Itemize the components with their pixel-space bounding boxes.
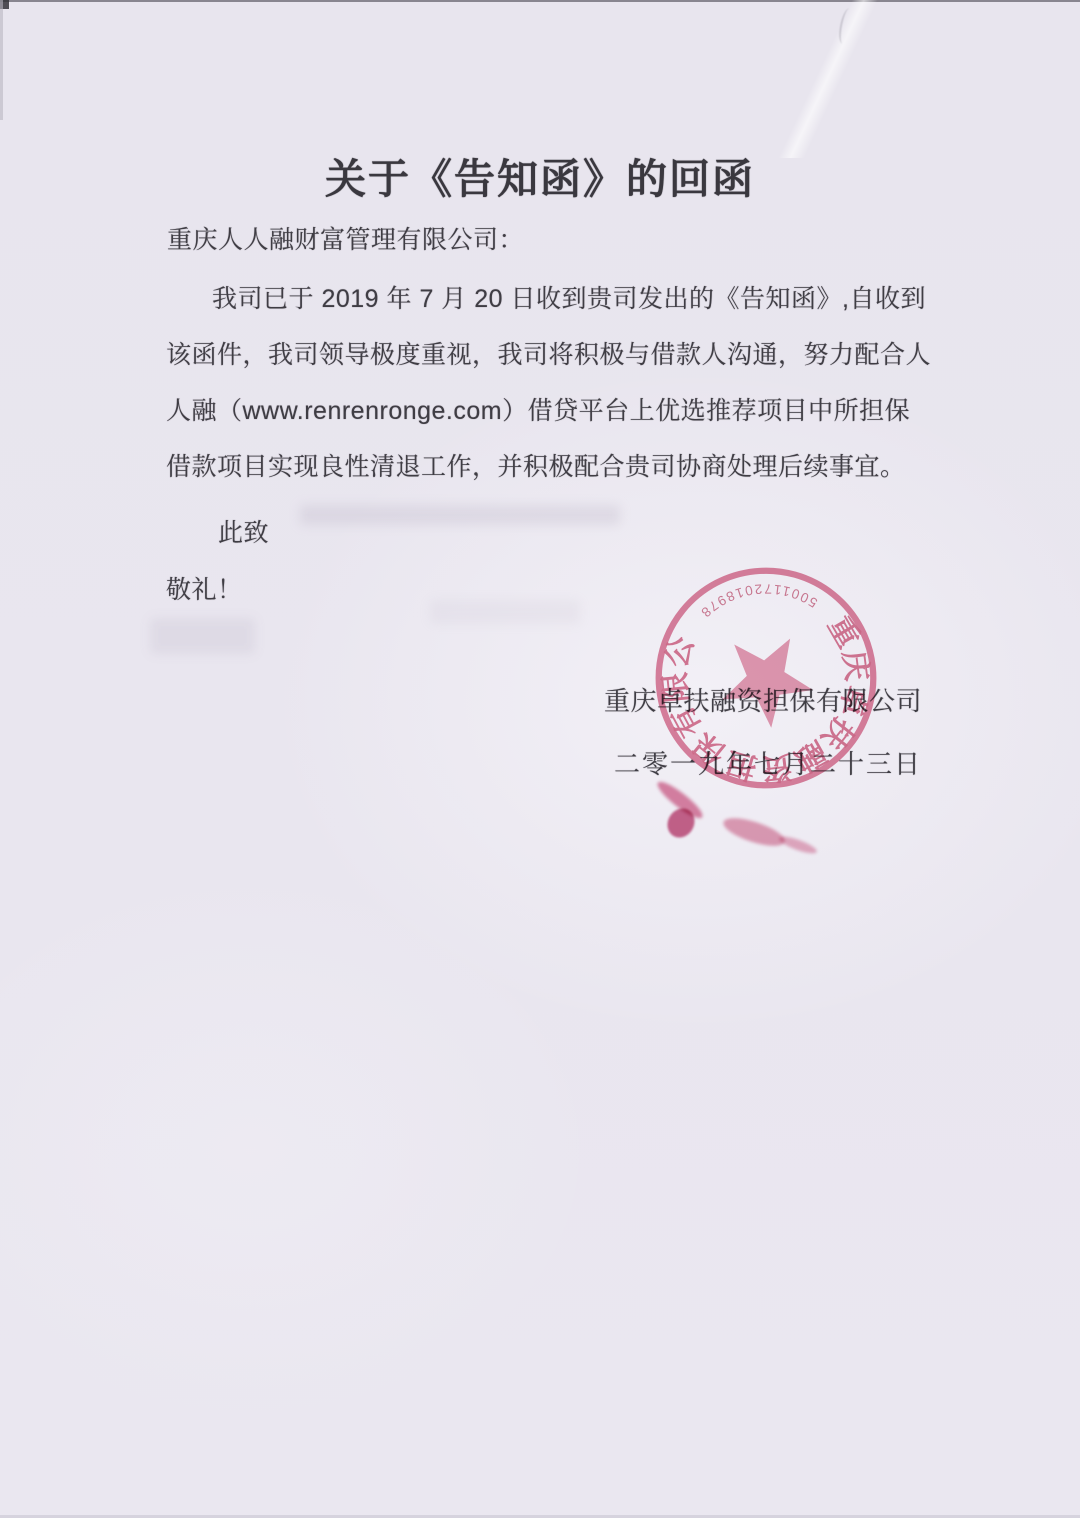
scanner-left-edge (0, 0, 3, 120)
scanner-top-edge (0, 0, 1080, 2)
pen-mark (838, 7, 855, 44)
bleed-through-text (300, 505, 620, 525)
paper-fold-crease (770, 0, 890, 158)
body-line-1: 我司已于 2019 年 7 月 20 日收到贵司发出的《告知函》,自收到 (166, 284, 1002, 315)
body-line-3: 人融（www.renrenronge.com）借贷平台上优选推荐项目中所担保 (166, 396, 956, 427)
recipient-line: 重庆人人融财富管理有限公司： (167, 220, 524, 256)
letter-title: 关于《告知函》的回函 (0, 146, 1080, 205)
star-icon (717, 637, 817, 733)
closing-salute: 此致 (218, 513, 269, 549)
scanned-letter-page: 关于《告知函》的回函 重庆人人融财富管理有限公司： 我司已于 2019 年 7 … (0, 0, 1080, 1518)
ink-smudge (720, 813, 787, 852)
bleed-through-text (150, 618, 255, 654)
company-seal: 重庆卓扶融资担保有限公司 5001172018978 (641, 553, 891, 803)
body-line-4: 借款项目实现良性清退工作，并积极配合贵司协商处理后续事宜。 (166, 452, 956, 483)
ink-smudge (777, 833, 818, 856)
bleed-through-text (430, 600, 580, 624)
closing-regards: 敬礼！ (166, 570, 243, 606)
company-seal-graphic: 重庆卓扶融资担保有限公司 5001172018978 (641, 553, 891, 803)
body-line-2: 该函件，我司领导极度重视，我司将积极与借款人沟通，努力配合人 (166, 340, 956, 371)
